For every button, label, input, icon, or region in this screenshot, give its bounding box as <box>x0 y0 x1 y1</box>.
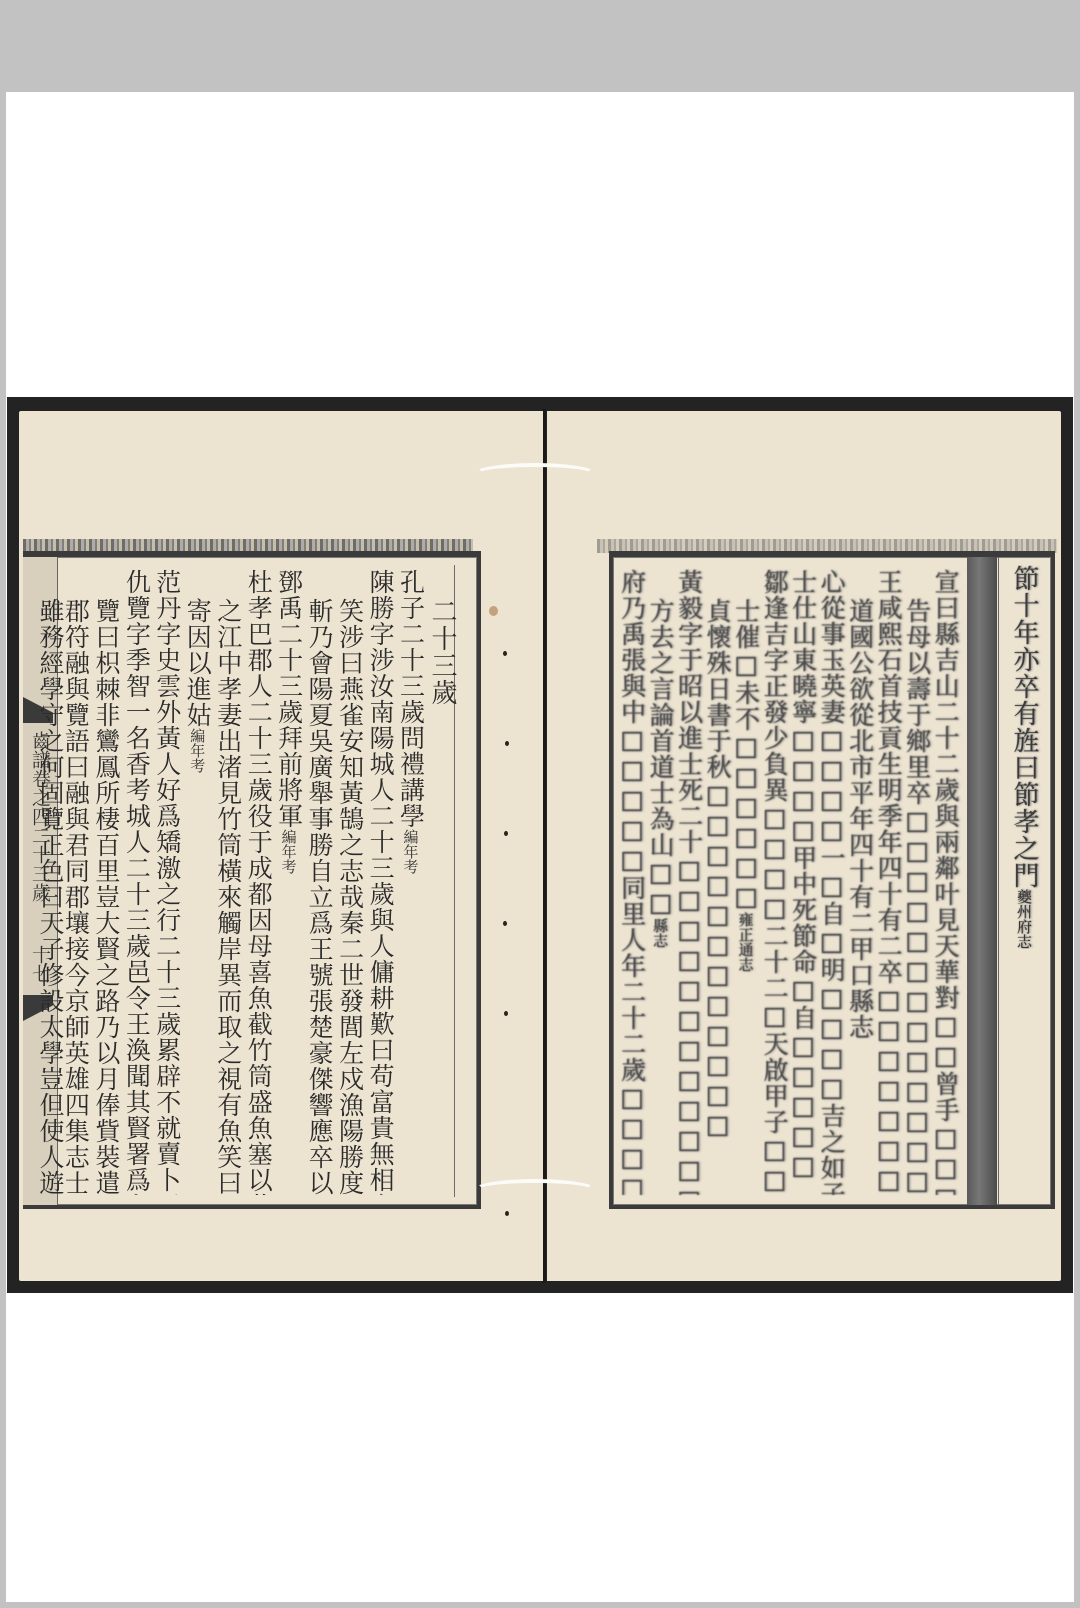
text-column: 士催□未不□□□□□□雍正通志 <box>735 569 764 1195</box>
binding-hole <box>505 1211 509 1216</box>
text-column: 王咸熙石首技貢生明季年四十有二卒□□□□□□□□□ <box>878 569 907 1195</box>
left-page-frame: 齒譜卷之四二十三歲 十七 二十三歲 孔子二十三歲問禮講學編年考 陳勝字涉汝南陽城… <box>23 551 481 1209</box>
text-column: 府乃禹張與中□□□□□同里人年二十二歲□□□□□□ <box>621 569 650 1195</box>
left-page: 齒譜卷之四二十三歲 十七 二十三歲 孔子二十三歲問禮講學編年考 陳勝字涉汝南陽城… <box>19 411 543 1281</box>
text-column: 仇覽字季智一名香考城人二十三歲邑令王渙聞其賢署爲主簿謂 <box>124 569 154 1195</box>
binding-thread-bottom <box>473 1179 597 1201</box>
smudged-banxin-strip <box>967 557 997 1205</box>
text-column: 覽曰枳棘非鸞鳳所棲百里豈大賢之路乃以月俸貲裝遣入太學同 <box>93 569 123 1195</box>
text-column: 貞懷殊日書于秋□□□□□□□□□□□□ <box>707 569 736 1195</box>
text-column: 宣曰縣吉山二十二歲與兩鄰叶見天華對□□曾手□□□□ <box>935 569 964 1195</box>
text-column: 士仕山東曉寧□□□□甲中死節命□自□□□□□ <box>792 569 821 1195</box>
title-column-box: 節十年亦卒有旌曰節孝之門夔州府志 <box>998 557 1047 1205</box>
left-text-columns: 二十三歲 孔子二十三歲問禮講學編年考 陳勝字涉汝南陽城人二十三歲與人傭耕歎曰苟富… <box>63 569 459 1195</box>
text-column: 告母以壽于鄉里卒□□□□□□□□□□□□□□□□ <box>906 569 935 1195</box>
text-column: 黃毅字于昭以進士死二十□□□□□□□□□□□□ <box>678 569 707 1195</box>
binding-hole <box>503 921 507 926</box>
text-column: 孔子二十三歲問禮講學編年考 <box>398 569 428 1195</box>
text-column: 鄒逢吉字正發少負異□□□□二十二□天啟甲子□□□□丁丑進 <box>764 569 793 1195</box>
right-text-columns: 宣曰縣吉山二十二歲與兩鄰叶見天華對□□曾手□□□□ 告母以壽于鄉里卒□□□□□□… <box>621 569 963 1195</box>
text-column: 方去之言論首道士為山□□縣志 <box>650 569 679 1195</box>
left-overflow-column: 雖務經學守之何固覽正色曰天子修設太學豈但使人遊談其中高 <box>33 569 68 1195</box>
binding-hole <box>503 651 507 656</box>
text-column: 寄因以進姑編年考 <box>185 569 215 1195</box>
text-column: 陳勝字涉汝南陽城人二十三歲與人傭耕歎曰苟富貴無相忘也傭者 <box>368 569 398 1195</box>
binding-hole <box>505 741 509 746</box>
binding-hole <box>504 831 508 836</box>
text-column: 二十三歲 <box>429 569 459 1195</box>
paper-stain <box>489 606 498 616</box>
right-page: 節十年亦卒有旌曰節孝之門夔州府志 宣曰縣吉山二十二歲與兩鄰叶見天華對□□曾手□□… <box>547 411 1061 1281</box>
text-column: 雖務經學守之何固覽正色曰天子修設太學豈但使人遊談其中高 <box>33 569 68 1195</box>
title-column: 節十年亦卒有旌曰節孝之門夔州府志 <box>1006 565 1041 949</box>
text-column: 心從事玉英妻□□□□一□自□明□□□□吉之如子 <box>821 569 850 1195</box>
text-column: 笑涉曰燕雀安知黃鵠之志哉秦二世發閭左戍漁陽勝度失期法當 <box>337 569 367 1195</box>
text-column: 杜孝巴郡人二十三歲役于成都因母喜魚截竹筒盛魚塞以草祝而投 <box>246 569 276 1195</box>
text-column: 之江中孝妻出渚見竹筒橫來觸岸異而取之視有魚笑曰必我夫所 <box>215 569 245 1195</box>
binding-hole <box>504 1011 508 1016</box>
binding-thread-top <box>473 463 597 485</box>
right-page-frame: 節十年亦卒有旌曰節孝之門夔州府志 宣曰縣吉山二十二歲與兩鄰叶見天華對□□曾手□□… <box>609 551 1055 1209</box>
text-column: 范丹字史雲外黃人好爲矯激之行二十三歲累辟不就賣卜于市編年考 <box>154 569 184 1195</box>
text-column: 斬乃會陽夏吳廣舉事勝自立爲王號張楚豪傑響應卒以亡秦編年考 <box>307 569 337 1195</box>
book-spread-image: 齒譜卷之四二十三歲 十七 二十三歲 孔子二十三歲問禮講學編年考 陳勝字涉汝南陽城… <box>7 397 1073 1293</box>
text-column: 道國公欲從北市平年四十有二甲口縣志 <box>849 569 878 1195</box>
text-column: 鄧禹二十三歲拜前將軍編年考 <box>276 569 306 1195</box>
